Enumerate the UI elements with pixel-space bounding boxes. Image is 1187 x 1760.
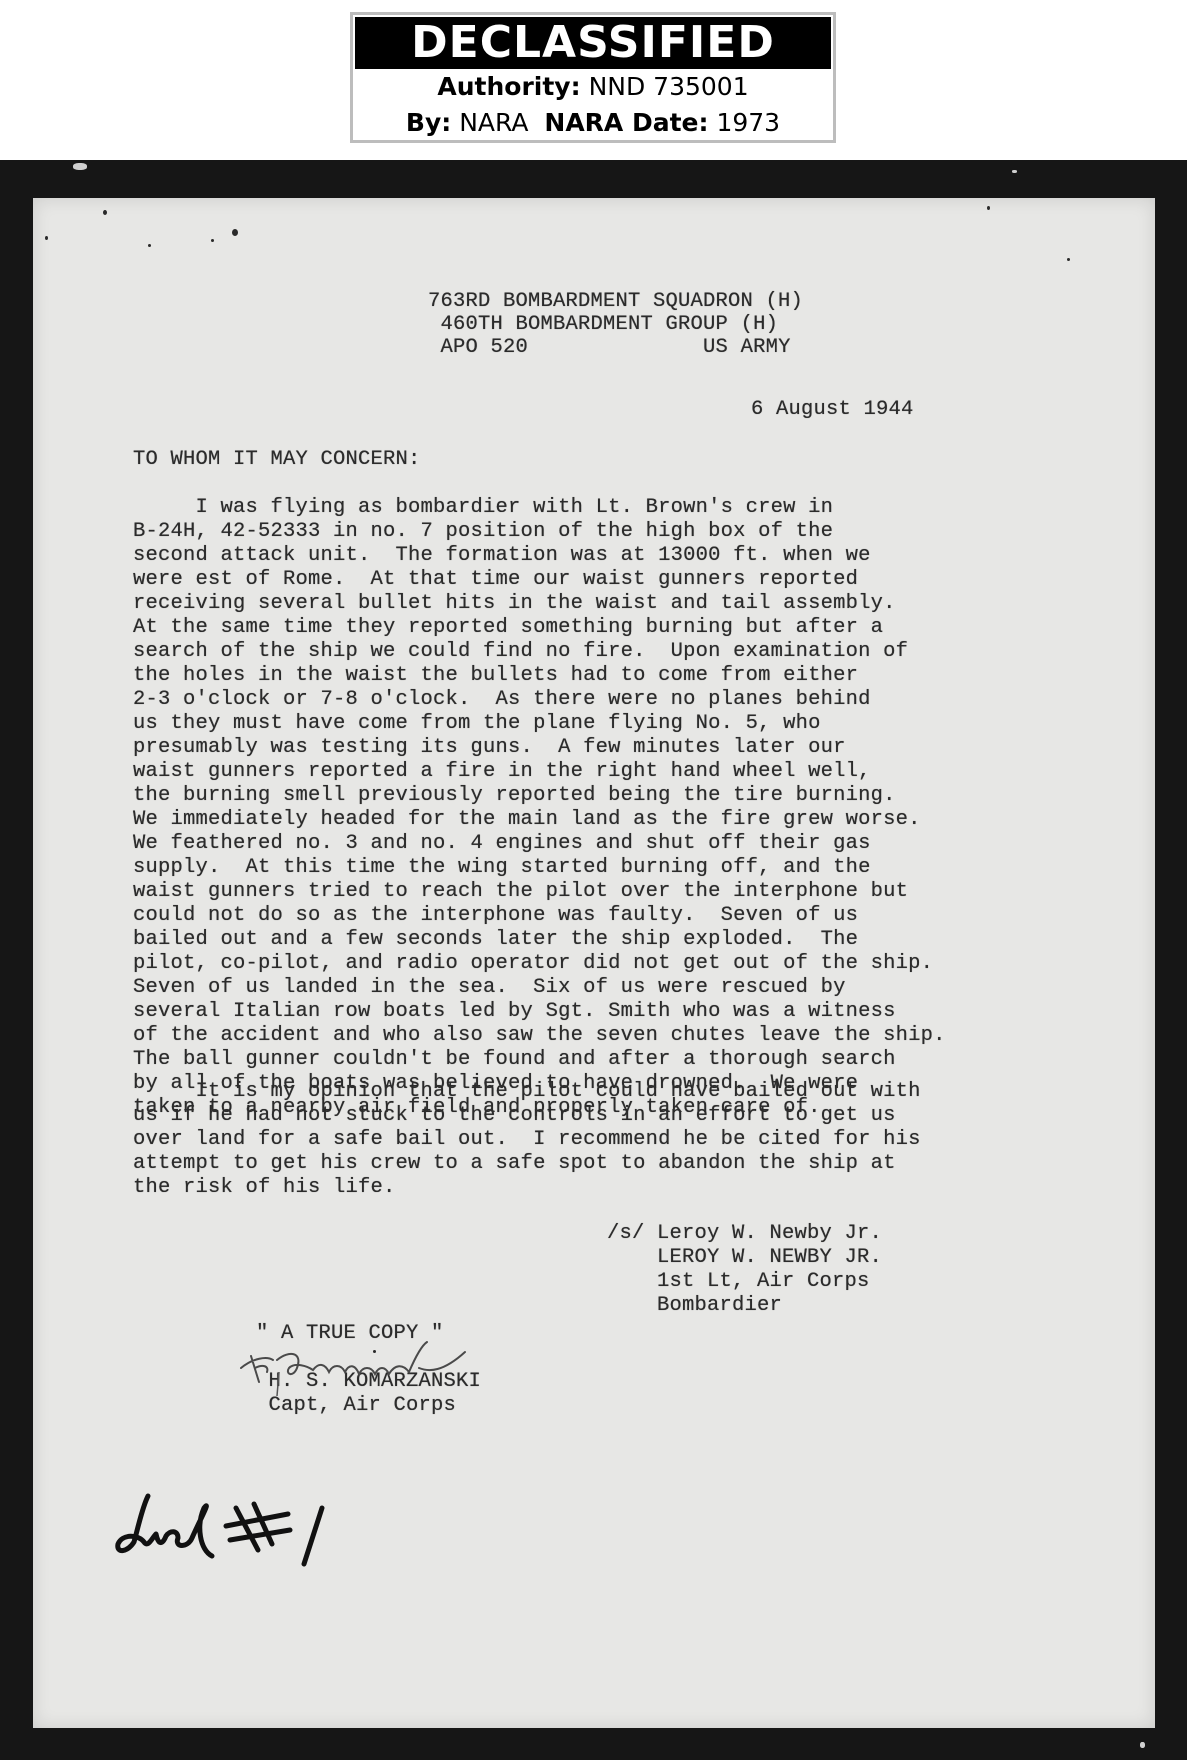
letterhead-apo: APO 520 US ARMY <box>441 336 791 359</box>
signed-line: /s/ Leroy W. Newby Jr. <box>607 1222 882 1245</box>
stamp-authority-value: NND 735001 <box>589 72 749 101</box>
signature-block: /s/ Leroy W. Newby Jr. LEROY W. NEWBY JR… <box>607 1222 882 1318</box>
body-paragraph-1: I was flying as bombardier with Lt. Brow… <box>133 496 946 1120</box>
stamp-authority-line: Authority: NND 735001 <box>353 69 833 105</box>
stamp-by-value: NARA <box>459 108 528 137</box>
enclosure-note-icon <box>108 1468 338 1578</box>
signer-name: LEROY W. NEWBY JR. <box>607 1246 882 1269</box>
letterhead-group: 460TH BOMBARDMENT GROUP (H) <box>441 313 779 336</box>
stamp-date-label: NARA Date: <box>544 108 708 137</box>
declassified-stamp: DECLASSIFIED Authority: NND 735001 By: N… <box>350 12 836 143</box>
scan-dust <box>1140 1742 1145 1748</box>
scan-frame: 763RD BOMBARDMENT SQUADRON (H) 460TH BOM… <box>0 160 1187 1760</box>
paper-speck <box>148 244 151 247</box>
scan-dust <box>73 163 87 170</box>
paper-speck <box>1067 258 1070 261</box>
stamp-authority-label: Authority: <box>437 72 580 101</box>
paper-speck <box>45 236 48 240</box>
signer-rank: 1st Lt, Air Corps <box>607 1270 870 1293</box>
letterhead: 763RD BOMBARDMENT SQUADRON (H) 460TH BOM… <box>428 290 803 359</box>
paper-speck <box>987 206 990 210</box>
body-paragraph-2: It is my opinion that the pilot could ha… <box>133 1080 921 1200</box>
signer-title: Bombardier <box>607 1294 782 1317</box>
paper-speck <box>103 210 107 215</box>
document-page: 763RD BOMBARDMENT SQUADRON (H) 460TH BOM… <box>33 198 1155 1728</box>
stamp-date-value: 1973 <box>716 108 780 137</box>
handwritten-signature-icon <box>233 1338 473 1398</box>
paper-speck <box>211 239 214 242</box>
stamp-by-line: By: NARA NARA Date: 1973 <box>353 105 833 141</box>
stamp-title: DECLASSIFIED <box>355 17 831 69</box>
letter-date: 6 August 1944 <box>751 398 914 422</box>
stamp-by-label: By: <box>406 108 451 137</box>
letterhead-squadron: 763RD BOMBARDMENT SQUADRON (H) <box>428 290 803 313</box>
scan-dust <box>1012 170 1017 173</box>
salutation: TO WHOM IT MAY CONCERN: <box>133 448 421 472</box>
paper-speck <box>232 229 238 236</box>
